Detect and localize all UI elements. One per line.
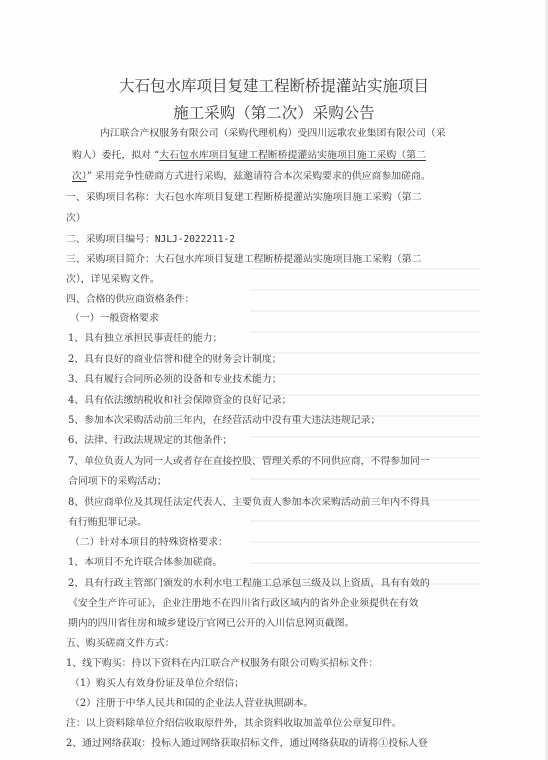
project-number-label: 二、采购项目编号： xyxy=(66,234,155,245)
section-1-line-2: 次） xyxy=(66,212,86,226)
general-item: 有行贿犯罪记录。 xyxy=(68,516,147,530)
special-item: 期内的四川省住房和城乡建设厅官网已公开的入川信息网页截图。 xyxy=(68,617,354,631)
general-item: 1、具有独立承担民事责任的能力； xyxy=(68,332,222,346)
online-purchase: 2、通过网络获取：投标人通过网络获取招标文件，通过网络获取的请将①投标人登 xyxy=(66,737,428,751)
general-item: 8、供应商单位及其现任法定代表人、主要负责人参加本次采购活动前三年内不得具 xyxy=(68,496,430,510)
intro-line-3-suffix: ” 采用竞争性磋商方式进行采购，兹邀请符合本次采购要求的供应商参加磋商。 xyxy=(87,171,431,182)
document-page: 大石包水库项目复建工程断桥提灌站实施项目 施工采购（第二次）采购公告 内江联合产… xyxy=(0,0,548,760)
special-item: 《安全生产许可证》，企业注册地不在四川省行政区域内的省外企业须提供在有效 xyxy=(68,597,419,611)
section-5-heading: 五、购买磋商文件方式： xyxy=(66,637,175,651)
section-3-line-1: 三、采购项目简介：大石包水库项目复建工程断桥提灌站实施项目施工采购（第二 xyxy=(66,253,422,267)
general-item: 3、具有履行合同所必须的设备和专业技术能力； xyxy=(68,373,282,387)
special-requirements-heading: （二）针对本项目的特殊资格要求： xyxy=(70,536,228,550)
intro-line-3: 次）” 采用竞争性磋商方式进行采购，兹邀请符合本次采购要求的供应商参加磋商。 xyxy=(72,170,431,184)
project-number-value: NJLJ-2022211-2 xyxy=(155,234,235,245)
general-item: 7、单位负责人为同一人或者存在直接控股、管理关系的不同供应商，不得参加同一 xyxy=(68,455,430,469)
intro-line-1: 内江联合产权服务有限公司（采购代理机构）受四川远歌农业集团有限公司（采 xyxy=(100,127,446,141)
general-item: 4、具有依法缴纳税收和社会保障资金的良好记录； xyxy=(68,394,292,408)
general-item: 2、具有良好的商业信誉和健全的财务会计制度； xyxy=(68,353,282,367)
offline-purchase: 1、线下购买：持以下资料在内江联合产权服务有限公司购买招标文件： xyxy=(66,657,378,671)
special-item: 1、本项目不允许联合体参加磋商。 xyxy=(68,556,222,570)
section-2-project-number: 二、采购项目编号：NJLJ-2022211-2 xyxy=(66,233,235,247)
special-item: 2、具有行政主管部门颁发的水利水电工程施工总承包三级及以上资质，具有有效的 xyxy=(68,577,430,591)
intro-line-2: 购人）委托，拟对 “大石包水库项目复建工程断桥提灌站实施项目施工采购（第二 xyxy=(72,149,426,163)
general-requirements-heading: （一）一般资格要求 xyxy=(70,312,159,326)
offline-item: （2）注册于中华人民共和国的企业法人营业执照副本。 xyxy=(70,697,313,711)
project-name-underlined-end: 次） xyxy=(72,171,87,182)
general-item: 合同项下的采购活动； xyxy=(68,475,167,489)
document-title-line-1: 大石包水库项目复建工程断桥提灌站实施项目 xyxy=(0,77,548,95)
project-name-underlined: 大石包水库项目复建工程断桥提灌站实施项目施工采购（第二 xyxy=(159,150,426,161)
offline-item: （1）购买人有效身份证及单位介绍信； xyxy=(70,677,244,691)
intro-line-2-prefix: 购人）委托，拟对 “ xyxy=(72,150,159,161)
section-1-line-1: 一、采购项目名称：大石包水库项目复建工程断桥提灌站实施项目施工采购（第二 xyxy=(66,191,422,205)
note: 注：以上资料除单位介绍信收取原件外，其余资料收取加盖单位公章复印件。 xyxy=(66,717,402,731)
reverse-side-bleed-through xyxy=(250,260,480,600)
document-title-line-2: 施工采购（第二次）采购公告 xyxy=(0,104,548,122)
general-item: 6、法律、行政法规规定的其他条件； xyxy=(68,434,232,448)
general-item: 5、参加本次采购活动前三年内，在经营活动中没有重大违法违规记录； xyxy=(68,414,380,428)
section-4-heading: 四、合格的供应商资格条件： xyxy=(66,293,194,307)
section-3-line-2: 次），详见采购文件。 xyxy=(66,273,160,287)
